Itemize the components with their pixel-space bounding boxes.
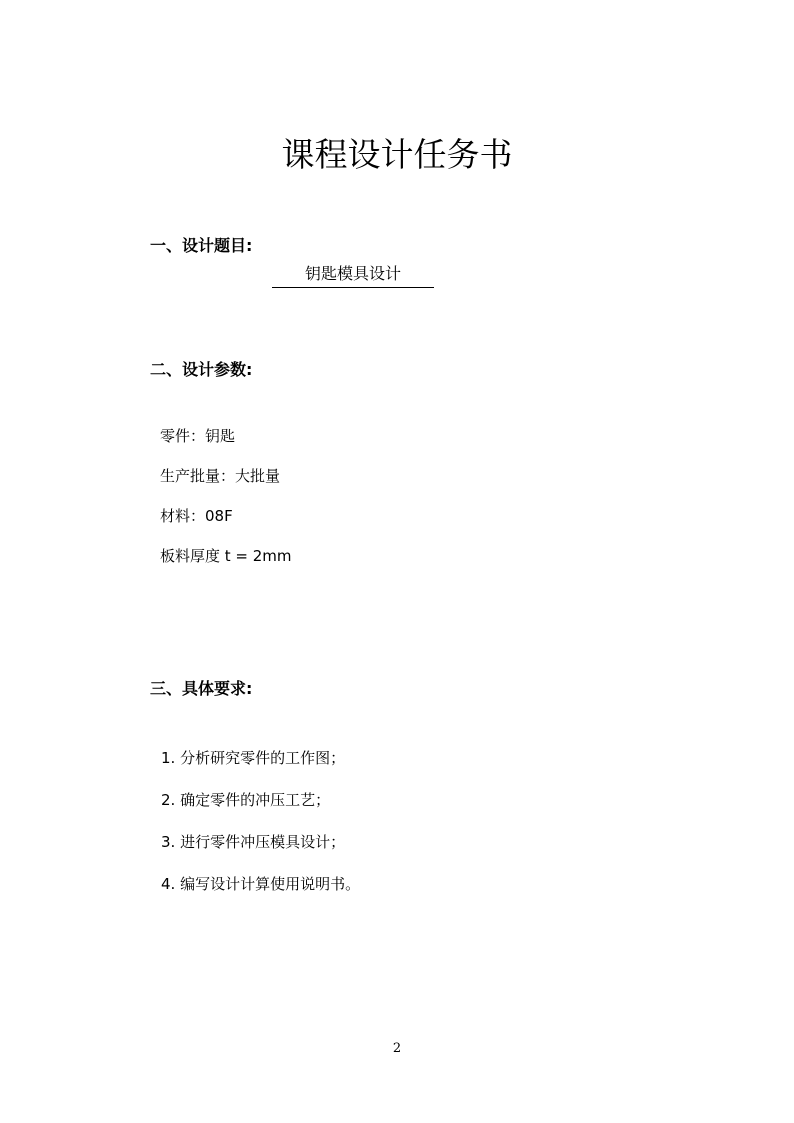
parameter-sheet-thickness: 板料厚度 t = 2mm [160, 549, 292, 564]
design-topic-underlined: 钥匙模具设计 [272, 264, 434, 288]
page-number: 2 [0, 1041, 794, 1056]
requirement-1: 1. 分析研究零件的工作图； [161, 751, 360, 766]
parameter-part: 零件：钥匙 [160, 429, 292, 444]
page-title: 课程设计任务书 [0, 136, 794, 174]
section-heading-specific-requirements: 三、具体要求: [150, 679, 252, 698]
section-heading-design-parameters: 二、设计参数: [150, 360, 252, 379]
section-heading-design-topic: 一、设计题目: [150, 236, 252, 255]
requirement-2: 2. 确定零件的冲压工艺； [161, 793, 360, 808]
document-page: 课程设计任务书 一、设计题目: 钥匙模具设计 二、设计参数: 零件：钥匙 生产批… [0, 0, 794, 1123]
requirements-list: 1. 分析研究零件的工作图； 2. 确定零件的冲压工艺； 3. 进行零件冲压模具… [161, 751, 360, 919]
requirement-4: 4. 编写设计计算使用说明书。 [161, 877, 360, 892]
design-parameters-list: 零件：钥匙 生产批量：大批量 材料：08F 板料厚度 t = 2mm [160, 429, 292, 589]
parameter-production-batch: 生产批量：大批量 [160, 469, 292, 484]
requirement-3: 3. 进行零件冲压模具设计； [161, 835, 360, 850]
parameter-material: 材料：08F [160, 509, 292, 524]
